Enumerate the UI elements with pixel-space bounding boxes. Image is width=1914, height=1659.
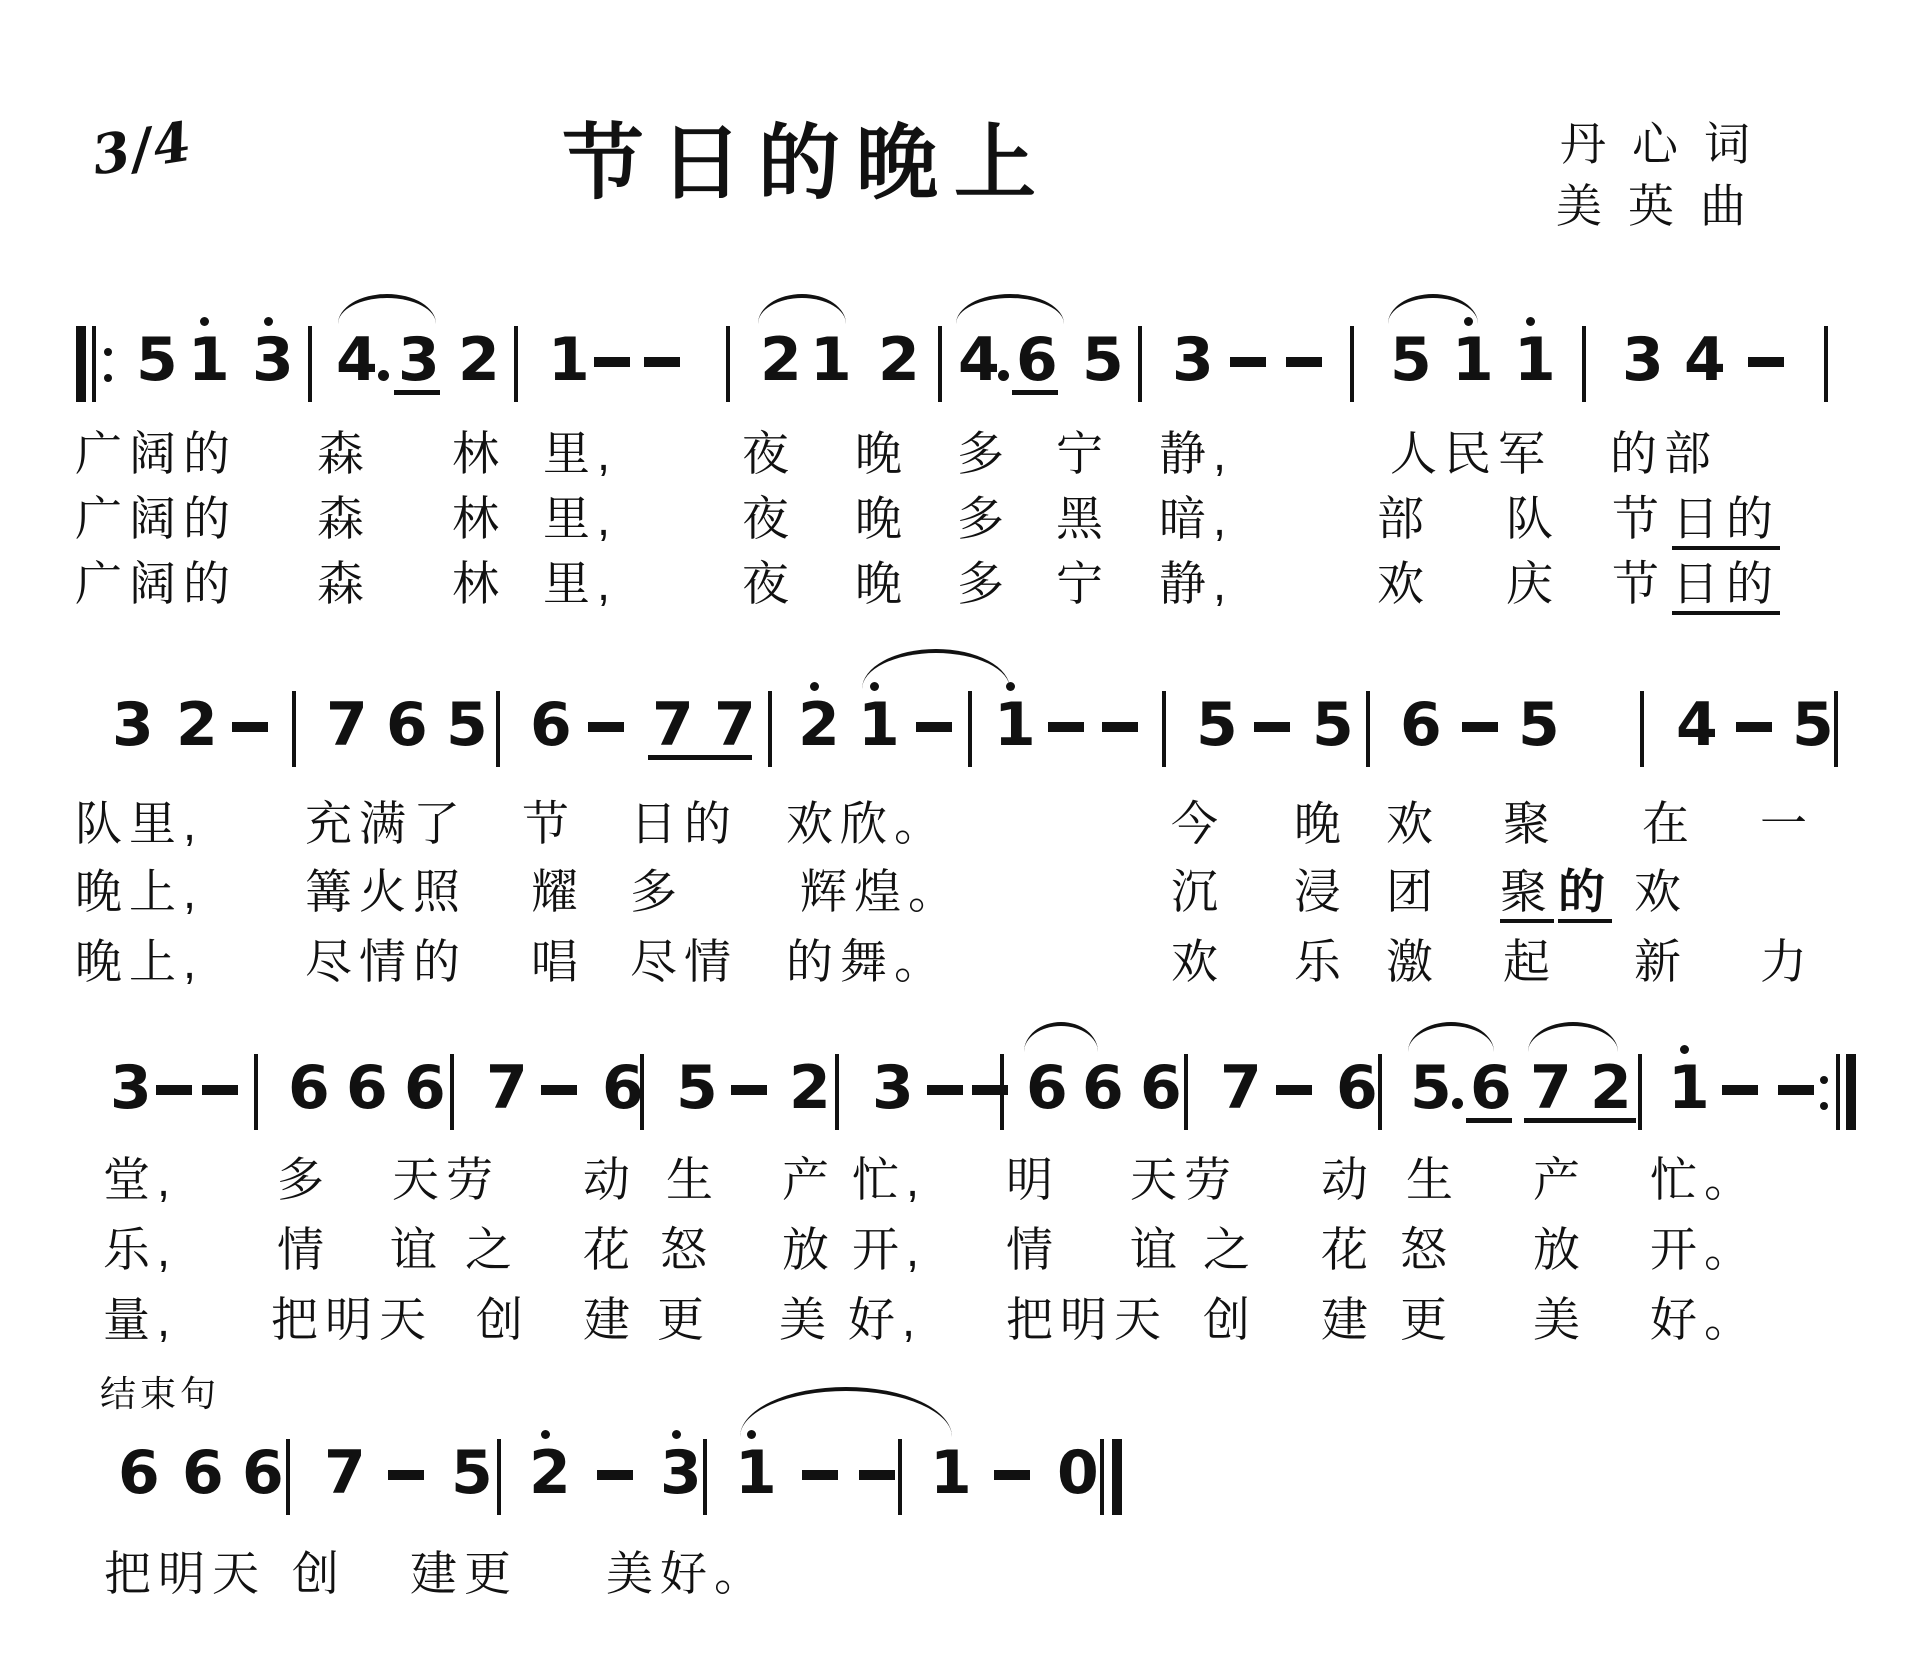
barline: [1834, 691, 1838, 767]
lyric-syllable: 新: [1634, 938, 1688, 985]
duration-dash: [588, 722, 624, 732]
lyric-syllable: 创: [292, 1550, 346, 1597]
note-digit: 3: [1622, 330, 1664, 390]
barline: [1000, 1054, 1004, 1130]
duration-dash: [1048, 722, 1084, 732]
barline: [1162, 691, 1166, 767]
duration-dash: [927, 1085, 963, 1095]
lyric-syllable: 今: [1171, 800, 1225, 847]
note-digit: 1: [1514, 330, 1556, 390]
note-digit: 6: [530, 695, 572, 755]
slur-tie-arc: [758, 294, 846, 324]
note-digit: 2: [458, 330, 500, 390]
lyric-syllable: 多: [957, 560, 1011, 607]
lyric-syllable: 欢: [1634, 868, 1688, 915]
barline: [1638, 1054, 1642, 1130]
lyric-syllable: 多: [277, 1156, 331, 1203]
lyric-syllable: 放: [782, 1226, 836, 1273]
duration-dash: [1286, 357, 1322, 367]
lyric-syllable: 广阔的: [75, 430, 237, 477]
lyric-syllable: 节: [1612, 560, 1666, 607]
lyric-syllable: 美好。: [606, 1550, 768, 1597]
lyric-syllable: 的舞。: [786, 938, 948, 985]
lyric-syllable: 建更: [410, 1550, 518, 1597]
ending-phrase-label: 结束句: [100, 1366, 220, 1417]
slur-tie-arc: [1408, 1022, 1494, 1052]
note-digit: 4: [336, 330, 378, 390]
repeat-dot: [104, 348, 112, 356]
lyric-syllable: 量,: [103, 1296, 177, 1343]
barline: [768, 691, 772, 767]
note-digit: 3: [110, 1058, 152, 1118]
barline: [496, 691, 500, 767]
note-digit: 6: [1400, 695, 1442, 755]
lyric-syllable: 日的: [1672, 560, 1780, 615]
lyric-syllable: 尽情的: [305, 938, 467, 985]
duration-dash: [202, 1085, 238, 1095]
lyric-syllable: 森: [317, 495, 371, 542]
lyric-syllable: 欢欣。: [786, 800, 948, 847]
lyric-syllable: 耀: [531, 868, 585, 915]
lyric-syllable: 生: [1406, 1156, 1460, 1203]
lyric-syllable: 在: [1642, 800, 1696, 847]
note-digit: 4: [1684, 330, 1726, 390]
lyric-syllable: 里,: [543, 495, 617, 542]
note-digit: 1: [858, 695, 900, 755]
lyric-syllable: 林: [452, 495, 506, 542]
lyric-syllable: 花: [583, 1226, 637, 1273]
note-digit: 3: [398, 330, 440, 390]
lyric-syllable: 忙,: [852, 1156, 926, 1203]
note-digit: 2: [529, 1443, 571, 1503]
note-digit: 6: [386, 695, 428, 755]
barline: [1350, 326, 1354, 402]
note-digit: 7: [1530, 1058, 1572, 1118]
lyric-syllable: 晚: [1294, 800, 1348, 847]
note-digit: 6: [182, 1443, 224, 1503]
slur-tie-arc: [862, 649, 1010, 689]
lyric-syllable: 欢: [1386, 800, 1440, 847]
duration-dash: [597, 1470, 633, 1480]
slur-tie-arc: [1024, 1022, 1098, 1052]
lyric-syllable: 堂,: [103, 1156, 177, 1203]
barline: [938, 326, 942, 402]
lyric-syllable: 静,: [1159, 430, 1233, 477]
lyric-syllable: 激: [1386, 938, 1440, 985]
lyric-syllable: 建: [1321, 1296, 1375, 1343]
note-digit: 1: [735, 1443, 777, 1503]
lyric-syllable: 谊: [390, 1226, 444, 1273]
duration-dash: [859, 1470, 895, 1480]
duration-dash: [802, 1470, 838, 1480]
duration-dash: [1102, 722, 1138, 732]
barline: [1582, 326, 1586, 402]
duration-dash: [731, 1085, 767, 1095]
lyric-syllable: 部: [1377, 495, 1431, 542]
note-digit: 5: [1312, 695, 1354, 755]
barline: [1640, 691, 1644, 767]
note-digit: 5: [1518, 695, 1560, 755]
lyric-syllable: 的: [1558, 868, 1612, 923]
lyric-syllable: 把明天: [1006, 1296, 1168, 1343]
eighth-note-beam: [1012, 390, 1058, 395]
note-digit: 6: [404, 1058, 446, 1118]
barline: [1184, 1054, 1188, 1130]
lyric-syllable: 篝火照: [305, 868, 467, 915]
lyric-syllable: 动: [583, 1156, 637, 1203]
duration-dash: [1748, 357, 1784, 367]
note-digit: 5: [446, 695, 488, 755]
note-digit: 7: [324, 1443, 366, 1503]
note-digit: 3: [660, 1443, 702, 1503]
lyric-syllable: 天劳: [1130, 1156, 1238, 1203]
eighth-note-beam: [648, 755, 752, 760]
barline: [703, 1439, 707, 1515]
octave-dot: [541, 1430, 550, 1439]
barline: [497, 1439, 501, 1515]
lyric-syllable: 宁: [1056, 430, 1110, 477]
lyric-syllable: 多: [630, 868, 684, 915]
repeat-begin-thick-bar: [76, 326, 86, 402]
note-digit: 5: [1792, 695, 1834, 755]
duration-dash: [156, 1085, 192, 1095]
barline: [292, 691, 296, 767]
note-digit: 2: [789, 1058, 831, 1118]
note-digit: 5: [136, 330, 178, 390]
note-digit: 7: [652, 695, 694, 755]
lyric-syllable: 之: [1203, 1226, 1257, 1273]
note-digit: 2: [760, 330, 802, 390]
lyric-syllable: 欢: [1377, 560, 1431, 607]
lyric-syllable: 森: [317, 430, 371, 477]
lyric-syllable: 把明天: [104, 1550, 266, 1597]
note-digit: 3: [112, 695, 154, 755]
note-digit: 1: [994, 695, 1036, 755]
note-digit: 6: [1140, 1058, 1182, 1118]
barline: [450, 1054, 454, 1130]
note-digit: 2: [878, 330, 920, 390]
lyric-syllable: 唱: [531, 938, 585, 985]
lyric-syllable: 把明天: [271, 1296, 433, 1343]
barline: [1138, 326, 1142, 402]
eighth-note-beam: [1524, 1118, 1636, 1123]
octave-dot: [200, 317, 209, 326]
note-digit: 1: [1668, 1058, 1710, 1118]
final-thick-bar: [1112, 1439, 1122, 1515]
note-digit: 6: [1470, 1058, 1512, 1118]
note-digit: 2: [176, 695, 218, 755]
barline: [640, 1054, 644, 1130]
lyric-syllable: 力: [1760, 938, 1814, 985]
lyric-syllable: 多: [957, 430, 1011, 477]
barline: [308, 326, 312, 402]
note-digit: 7: [714, 695, 756, 755]
barline: [1378, 1054, 1382, 1130]
lyric-syllable: 明: [1006, 1156, 1060, 1203]
lyric-syllable: 情: [277, 1226, 331, 1273]
lyric-syllable: 忙。: [1650, 1156, 1758, 1203]
composer-credit: 美英曲: [1556, 170, 1772, 236]
note-digit: 7: [486, 1058, 528, 1118]
lyric-syllable: 林: [452, 430, 506, 477]
lyric-syllable: 好。: [1650, 1296, 1758, 1343]
lyric-syllable: 产: [782, 1156, 836, 1203]
sheet-music-page: 3/4 节日的晚上 丹心词 美英曲 结束句 513432121246535113…: [0, 0, 1914, 1659]
duration-dash: [644, 357, 680, 367]
repeat-end-thick-bar: [1846, 1054, 1856, 1130]
note-digit: 7: [326, 695, 368, 755]
barline: [1366, 691, 1370, 767]
lyric-syllable: 乐: [1294, 938, 1348, 985]
duration-dash: [994, 1470, 1030, 1480]
slur-tie-arc: [740, 1387, 952, 1437]
note-digit: 0: [1057, 1443, 1099, 1503]
lyric-syllable: 黑: [1056, 495, 1110, 542]
note-digit: 4: [1676, 695, 1718, 755]
lyric-syllable: 美: [779, 1296, 833, 1343]
lyric-syllable: 森: [317, 560, 371, 607]
lyric-syllable: 广阔的: [75, 560, 237, 607]
lyric-syllable: 节: [522, 800, 576, 847]
note-digit: 6: [1016, 330, 1058, 390]
lyric-syllable: 一: [1760, 800, 1814, 847]
lyric-syllable: 充满了: [305, 800, 467, 847]
duration-dash: [1462, 722, 1498, 732]
lyric-syllable: 里,: [543, 430, 617, 477]
duration-dash: [1722, 1085, 1758, 1095]
lyric-syllable: 人民军: [1390, 430, 1552, 477]
duration-dash: [1778, 1085, 1814, 1095]
lyric-syllable: 团: [1386, 868, 1440, 915]
note-digit: 5: [1410, 1058, 1452, 1118]
duration-dash: [1254, 722, 1290, 732]
lyric-syllable: 晚上,: [75, 938, 203, 985]
duration-dash: [916, 722, 952, 732]
lyricist-credit: 丹心词: [1560, 108, 1776, 174]
barline: [1824, 326, 1828, 402]
song-title: 节日的晚上: [562, 98, 1052, 215]
repeat-dot: [104, 374, 112, 382]
lyric-syllable: 队里,: [75, 800, 203, 847]
lyric-syllable: 好,: [848, 1296, 922, 1343]
repeat-begin-thin-bar: [92, 326, 96, 402]
note-digit: 7: [1220, 1058, 1262, 1118]
lyric-syllable: 聚: [1500, 868, 1554, 923]
note-digit: 1: [810, 330, 852, 390]
note-digit: 5: [1082, 330, 1124, 390]
duration-dash: [541, 1085, 577, 1095]
eighth-note-beam: [394, 390, 440, 395]
slur-tie-arc: [1528, 1022, 1618, 1052]
lyric-syllable: 浸: [1294, 868, 1348, 915]
note-digit: 5: [676, 1058, 718, 1118]
lyric-syllable: 夜: [742, 495, 796, 542]
octave-dot: [1526, 317, 1535, 326]
lyric-syllable: 日的: [1672, 495, 1780, 550]
lyric-syllable: 谊: [1130, 1226, 1184, 1273]
lyric-syllable: 晚: [855, 430, 909, 477]
octave-dot: [1680, 1045, 1689, 1054]
slur-tie-arc: [338, 294, 436, 324]
barline: [254, 1054, 258, 1130]
lyric-syllable: 聚: [1503, 800, 1557, 847]
lyric-syllable: 花: [1321, 1226, 1375, 1273]
note-digit: 6: [1026, 1058, 1068, 1118]
barline: [726, 326, 730, 402]
octave-dot: [810, 682, 819, 691]
lyric-syllable: 辉煌。: [800, 868, 962, 915]
lyric-syllable: 之: [465, 1226, 519, 1273]
note-digit: 2: [1590, 1058, 1632, 1118]
barline: [835, 1054, 839, 1130]
lyric-syllable: 怒: [1400, 1226, 1454, 1273]
slur-tie-arc: [1388, 294, 1478, 324]
lyric-syllable: 尽情: [630, 938, 738, 985]
note-digit: 6: [1336, 1058, 1378, 1118]
lyric-syllable: 美: [1533, 1296, 1587, 1343]
note-digit: 3: [872, 1058, 914, 1118]
lyric-syllable: 的部: [1610, 430, 1718, 477]
augmentation-dot: [378, 370, 389, 381]
augmentation-dot: [998, 370, 1009, 381]
octave-dot: [672, 1430, 681, 1439]
repeat-dot: [1820, 1076, 1828, 1084]
lyric-syllable: 动: [1321, 1156, 1375, 1203]
note-digit: 5: [451, 1443, 493, 1503]
note-digit: 3: [1172, 330, 1214, 390]
final-thin-bar: [1100, 1439, 1104, 1515]
time-signature: 3/4: [88, 109, 198, 188]
lyric-syllable: 林: [452, 560, 506, 607]
lyric-syllable: 晚: [855, 495, 909, 542]
lyric-syllable: 日的: [630, 800, 738, 847]
lyric-syllable: 节: [1612, 495, 1666, 542]
note-digit: 4: [958, 330, 1000, 390]
lyric-syllable: 更: [657, 1296, 711, 1343]
lyric-syllable: 产: [1533, 1156, 1587, 1203]
barline: [514, 326, 518, 402]
octave-dot: [264, 317, 273, 326]
duration-dash: [1276, 1085, 1312, 1095]
lyric-syllable: 晚上,: [75, 868, 203, 915]
barline: [286, 1439, 290, 1515]
repeat-end-thin-bar: [1836, 1054, 1840, 1130]
lyric-syllable: 乐,: [103, 1226, 177, 1273]
repeat-dot: [1820, 1102, 1828, 1110]
duration-dash: [232, 722, 268, 732]
lyric-syllable: 广阔的: [75, 495, 237, 542]
augmentation-dot: [1452, 1098, 1463, 1109]
lyric-syllable: 多: [957, 495, 1011, 542]
lyric-syllable: 建: [583, 1296, 637, 1343]
lyric-syllable: 晚: [855, 560, 909, 607]
lyric-syllable: 夜: [742, 560, 796, 607]
note-digit: 6: [242, 1443, 284, 1503]
note-digit: 1: [1452, 330, 1494, 390]
lyric-syllable: 队: [1506, 495, 1560, 542]
lyric-syllable: 夜: [742, 430, 796, 477]
note-digit: 1: [548, 330, 590, 390]
lyric-syllable: 开。: [1650, 1226, 1758, 1273]
duration-dash: [1230, 357, 1266, 367]
duration-dash: [388, 1470, 424, 1480]
lyric-syllable: 欢: [1171, 938, 1225, 985]
note-digit: 1: [188, 330, 230, 390]
note-digit: 6: [288, 1058, 330, 1118]
lyric-syllable: 更: [1400, 1296, 1454, 1343]
lyric-syllable: 开,: [852, 1226, 926, 1273]
note-digit: 6: [602, 1058, 644, 1118]
barline: [898, 1439, 902, 1515]
barline: [968, 691, 972, 767]
lyric-syllable: 里,: [543, 560, 617, 607]
note-digit: 6: [118, 1443, 160, 1503]
lyric-syllable: 生: [666, 1156, 720, 1203]
lyric-syllable: 创: [1203, 1296, 1257, 1343]
note-digit: 6: [346, 1058, 388, 1118]
lyric-syllable: 创: [476, 1296, 530, 1343]
lyric-syllable: 庆: [1506, 560, 1560, 607]
note-digit: 5: [1196, 695, 1238, 755]
lyric-syllable: 静,: [1159, 560, 1233, 607]
lyric-syllable: 起: [1503, 938, 1557, 985]
eighth-note-beam: [1466, 1118, 1512, 1123]
lyric-syllable: 暗,: [1159, 495, 1233, 542]
lyric-syllable: 放: [1533, 1226, 1587, 1273]
lyric-syllable: 宁: [1056, 560, 1110, 607]
lyric-syllable: 情: [1006, 1226, 1060, 1273]
note-digit: 5: [1390, 330, 1432, 390]
lyric-syllable: 天劳: [392, 1156, 500, 1203]
duration-dash: [594, 357, 630, 367]
lyric-syllable: 沉: [1171, 868, 1225, 915]
note-digit: 6: [1082, 1058, 1124, 1118]
duration-dash: [1736, 722, 1772, 732]
lyric-syllable: 怒: [660, 1226, 714, 1273]
note-digit: 2: [798, 695, 840, 755]
slur-tie-arc: [956, 294, 1064, 324]
note-digit: 1: [930, 1443, 972, 1503]
note-digit: 3: [252, 330, 294, 390]
